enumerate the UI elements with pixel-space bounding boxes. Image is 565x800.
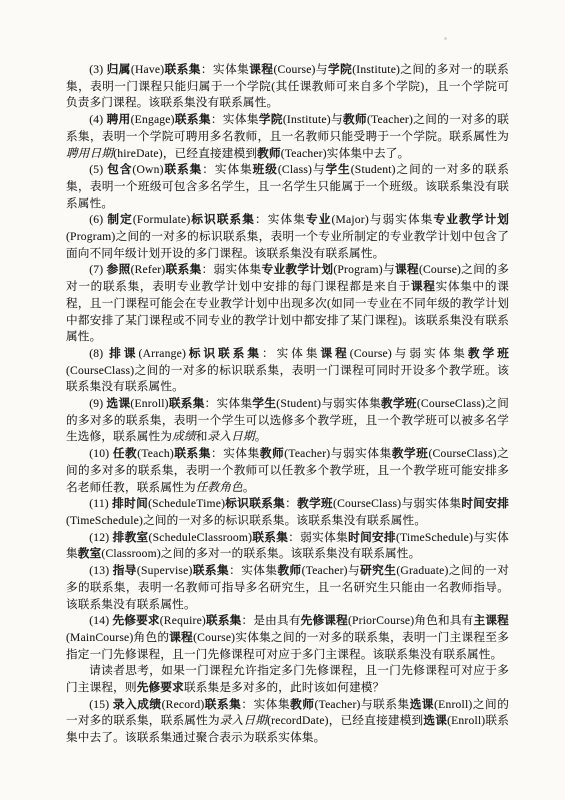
emphasis-term: 主课程 <box>474 614 509 627</box>
text-run: (MainCourse)角色的 <box>66 631 169 644</box>
text-run: (Formulate) <box>133 213 191 226</box>
text-run: (Enroll) <box>130 397 168 410</box>
paragraph-item-14: (14) 先修要求(Require)联系集：是由具有先修课程(PriorCour… <box>66 613 509 663</box>
text-run: ：实体集 <box>205 397 253 410</box>
text-run: (Refer) <box>131 263 166 276</box>
emphasis-term: 时间安排 <box>348 531 396 544</box>
text-run: (14) <box>89 614 112 627</box>
text-run: (12) <box>89 531 112 544</box>
paragraph-item-6: (6) 制定(Formulate)标识联系集：实体集专业(Major)与弱实体集… <box>66 212 509 262</box>
text-run: (11) <box>89 497 112 510</box>
emphasis-term: 教学班 <box>381 397 417 410</box>
text-run: ：弱实体集 <box>202 263 262 276</box>
emphasis-term: 教学班 <box>392 447 429 460</box>
text-run: (4) <box>89 113 106 126</box>
text-run: (Supervise) <box>137 564 193 577</box>
emphasis-term: 学生 <box>326 163 351 176</box>
emphasis-term: 学院 <box>328 63 352 76</box>
text-run: (10) <box>89 447 113 460</box>
text-run: ：实体集 <box>255 213 306 226</box>
paragraph-item-15: (15) 录入成绩(Record)联系集：实体集教师(Teacher)与联系集选… <box>66 697 509 747</box>
paragraph-item-12: (12) 排教室(ScheduleClassroom)联系集：弱实体集时间安排(… <box>66 530 509 563</box>
paragraph-item-4: (4) 聘用(Engage)联系集：实体集学院(Institute)与教师(Te… <box>66 112 509 162</box>
emphasis-term: 排时间 <box>112 497 148 510</box>
attribute-name: 任教角色 <box>196 481 243 494</box>
text-run: (13) <box>89 564 113 577</box>
text-run: ：是由具有 <box>242 614 301 627</box>
paragraph-item-11: (11) 排时间(ScheduleTime)标识联系集：教学班(CourseCl… <box>66 496 509 529</box>
emphasis-term: 课程 <box>411 280 436 293</box>
emphasis-term: 联系集 <box>169 397 205 410</box>
text-run: (Classroom)之间的多对一的联系集。该联系集没有联系属性。 <box>101 547 420 560</box>
text-run: (Program)之间的一对多的标识联系集，表明一个专业所制定的专业教学计划中包… <box>66 230 509 260</box>
text-run: (recordDate)，已经直接建模到 <box>267 714 423 727</box>
emphasis-term: 研究生 <box>360 564 396 577</box>
attribute-name: 录入日期 <box>220 714 267 727</box>
text-run: ： <box>285 497 297 510</box>
paragraph-reader-question: 请读者思考，如果一门课程允许指定多门先修课程，且一门先修课程可对应于多门主课程，… <box>66 663 509 696</box>
paragraph-item-13: (13) 指导(Supervise)联系集：实体集教师(Teacher)与研究生… <box>66 563 509 613</box>
document-body: (3) 归属(Have)联系集：实体集课程(Course)与学院(Institu… <box>66 62 509 747</box>
text-run: (Teacher)实体集中去了。 <box>281 147 410 160</box>
emphasis-term: 教师 <box>257 147 281 160</box>
emphasis-term: 教师 <box>260 447 284 460</box>
text-run: ：实体集 <box>202 163 252 176</box>
emphasis-term: 联系集 <box>174 447 211 460</box>
emphasis-term: 联系集 <box>193 564 230 577</box>
emphasis-term: 选课 <box>107 397 131 410</box>
emphasis-term: 教室 <box>78 547 102 560</box>
text-run: (hireDate)，已经直接建模到 <box>113 147 257 160</box>
emphasis-term: 选课 <box>410 698 434 711</box>
text-run: (3) <box>89 63 107 76</box>
emphasis-term: 专业教学计划 <box>261 263 333 276</box>
text-run: ：实体集 <box>229 564 277 577</box>
text-run: ：实体集 <box>262 347 321 360</box>
text-run: (Institute)与 <box>283 113 343 126</box>
emphasis-term: 教师 <box>290 698 314 711</box>
emphasis-term: 联系集 <box>164 63 201 76</box>
text-run: (Major)与弱实体集 <box>331 213 433 226</box>
attribute-name: 录入日期 <box>208 430 255 443</box>
text-run: (Program)与 <box>333 263 395 276</box>
text-run: ：实体集 <box>241 698 290 711</box>
emphasis-term: 任教 <box>113 447 137 460</box>
text-run: ：实体集 <box>211 113 259 126</box>
text-run: (CourseClass)之间的一对多的标识联系集，表明一门课程可同时开设多个教… <box>66 364 509 394</box>
emphasis-term: 教学班 <box>297 497 333 510</box>
emphasis-term: 制定 <box>107 213 132 226</box>
text-run: (Require) <box>160 614 206 627</box>
emphasis-term: 联系集 <box>252 531 288 544</box>
paragraph-item-8: (8) 排课(Arrange)标识联系集：实体集课程(Course)与弱实体集教… <box>66 346 509 396</box>
text-run: (Course)与弱实体集 <box>350 347 468 360</box>
text-run: (Teacher)与 <box>302 564 360 577</box>
text-run: (7) <box>89 263 106 276</box>
emphasis-term: 标识联系集 <box>186 347 262 360</box>
text-run: (Course)与 <box>273 63 328 76</box>
emphasis-term: 课程 <box>395 263 419 276</box>
paragraph-item-10: (10) 任教(Teach)联系集：实体集教师(Teacher)与弱实体集教学班… <box>66 446 509 496</box>
text-run: 和 <box>196 430 208 443</box>
emphasis-term: 聘用 <box>107 113 131 126</box>
emphasis-term: 课程 <box>169 631 193 644</box>
text-run: 。 <box>243 481 255 494</box>
scan-speck <box>444 37 447 40</box>
text-run: (Have) <box>131 63 164 76</box>
emphasis-term: 联系集 <box>175 113 211 126</box>
emphasis-term: 排教室 <box>113 531 149 544</box>
paragraph-item-9: (9) 选课(Enroll)联系集：实体集学生(Student)与弱实体集教学班… <box>66 396 509 446</box>
attribute-name: 成绩 <box>172 430 196 443</box>
text-run: (Engage) <box>131 113 175 126</box>
text-run: ：实体集 <box>201 63 249 76</box>
emphasis-term: 联系集 <box>204 698 241 711</box>
emphasis-term: 专业教学计划 <box>434 213 509 226</box>
emphasis-term: 课程 <box>249 63 273 76</box>
text-run: (PriorCourse)角色和具有 <box>348 614 474 627</box>
text-run: (Teach) <box>137 447 174 460</box>
text-run: (Class)与 <box>278 163 326 176</box>
emphasis-term: 指导 <box>113 564 137 577</box>
emphasis-term: 联系集 <box>206 614 242 627</box>
emphasis-term: 先修课程 <box>301 614 348 627</box>
text-run: (TimeSchedule)之间的一对多的标识联系集。该联系集没有联系属性。 <box>66 514 426 527</box>
text-run: (Record) <box>162 698 205 711</box>
paragraph-item-5: (5) 包含(Own)联系集：实体集班级(Class)与学生(Student)之… <box>66 162 509 212</box>
emphasis-term: 录入成绩 <box>113 698 162 711</box>
emphasis-term: 排课 <box>109 347 138 360</box>
emphasis-term: 先修要求 <box>137 681 184 694</box>
emphasis-term: 选课 <box>423 714 447 727</box>
text-run: 。 <box>255 430 267 443</box>
text-run: (Teacher)与联系集 <box>315 698 410 711</box>
emphasis-term: 教学班 <box>468 347 509 360</box>
emphasis-term: 专业 <box>306 213 331 226</box>
text-run: 联系集是多对多的，此时该如何建模？ <box>184 681 385 694</box>
text-run: (15) <box>89 698 113 711</box>
text-run: (Arrange) <box>139 347 187 360</box>
emphasis-term: 联系集 <box>164 163 203 176</box>
emphasis-term: 时间安排 <box>461 497 509 510</box>
text-run: (8) <box>89 347 109 360</box>
text-run: (Own) <box>132 163 163 176</box>
emphasis-term: 包含 <box>107 163 132 176</box>
text-run: (5) <box>89 163 107 176</box>
emphasis-term: 联系集 <box>165 263 201 276</box>
paragraph-item-3: (3) 归属(Have)联系集：实体集课程(Course)与学院(Institu… <box>66 62 509 112</box>
text-run: (6) <box>89 213 107 226</box>
emphasis-term: 学院 <box>259 113 283 126</box>
emphasis-term: 教师 <box>277 564 301 577</box>
emphasis-term: 标识联系集 <box>225 497 285 510</box>
emphasis-term: 先修要求 <box>112 614 159 627</box>
text-run: ：实体集 <box>211 447 260 460</box>
text-run: (CourseClass)与弱实体集 <box>333 497 461 510</box>
emphasis-term: 学生 <box>252 397 276 410</box>
emphasis-term: 参照 <box>107 263 131 276</box>
attribute-name: 聘用日期 <box>66 147 113 160</box>
text-run: ：弱实体集 <box>288 531 348 544</box>
emphasis-term: 教师 <box>343 113 367 126</box>
text-run: (9) <box>89 397 106 410</box>
emphasis-term: 标识联系集 <box>190 213 255 226</box>
scanned-book-page: (3) 归属(Have)联系集：实体集课程(Course)与学院(Institu… <box>0 0 565 800</box>
emphasis-term: 归属 <box>107 63 131 76</box>
emphasis-term: 课程 <box>321 347 350 360</box>
text-run: (Teacher)与弱实体集 <box>284 447 392 460</box>
emphasis-term: 班级 <box>253 163 278 176</box>
text-run: (ScheduleTime) <box>148 497 225 510</box>
text-run: (ScheduleClassroom) <box>149 531 253 544</box>
paragraph-item-7: (7) 参照(Refer)联系集：弱实体集专业教学计划(Program)与课程(… <box>66 262 509 346</box>
text-run: (Student)与弱实体集 <box>276 397 381 410</box>
